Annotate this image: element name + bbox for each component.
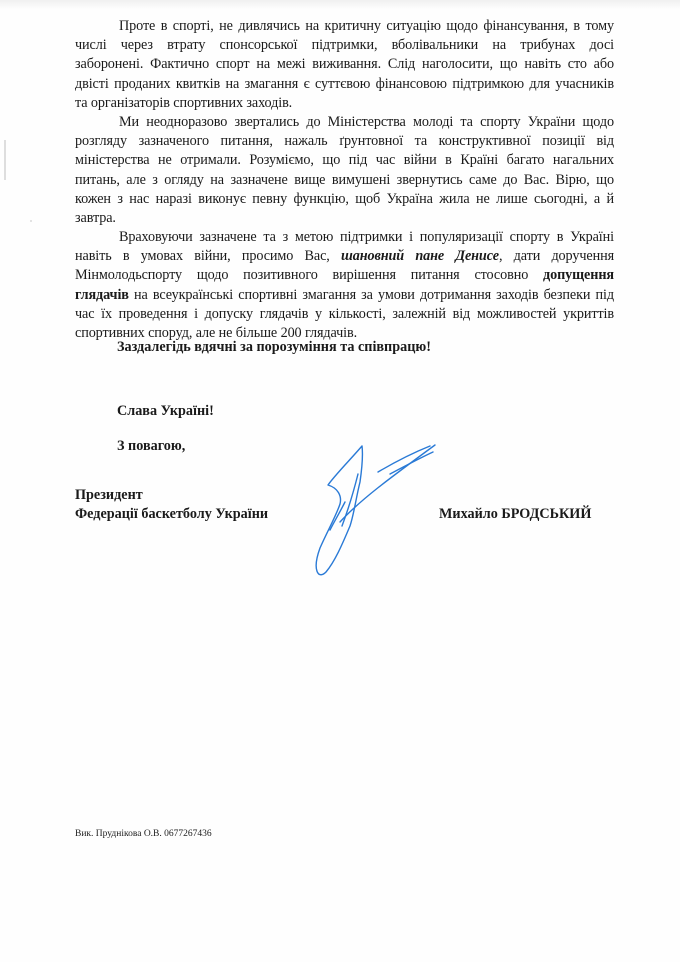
- text-run: навіть в умовах війни, просимо Вас,: [75, 248, 330, 264]
- text-line: глядачів на всеукраїнські спортивні змаг…: [75, 286, 614, 305]
- bold-term: допущення: [543, 267, 614, 283]
- closing-slogan: Слава Україні!: [117, 403, 214, 420]
- text-line: Проте в спорті, не дивлячись на критичну…: [75, 17, 614, 36]
- text-line: розгляду зазначеного питання, нажаль ґру…: [75, 132, 614, 151]
- text-line: питань, але з огляду на зазначене вище в…: [75, 171, 614, 190]
- executor-note: Вик. Пруднікова О.В. 0677267436: [75, 829, 212, 839]
- text-line: час їх проведення і допуску глядачів у к…: [75, 305, 614, 324]
- addressee-emphasis: шановний пане Денисе: [341, 248, 499, 264]
- text-line: навіть в умовах війни, просимо Вас, шано…: [75, 247, 614, 266]
- bold-term: глядачів: [75, 287, 129, 303]
- text-line: завтра.: [75, 209, 614, 228]
- paragraph-ministry-appeals: Ми неодноразово звертались до Міністерст…: [75, 113, 614, 228]
- text-line: числі через втрату спонсорської підтримк…: [75, 36, 614, 55]
- signatory-title: Президент: [75, 487, 143, 504]
- regards-line: З повагою,: [117, 438, 185, 455]
- paragraph-request: Враховуючи зазначене та з метою підтримк…: [75, 228, 614, 343]
- text-line: заборонені. Фактично спорт на межі вижив…: [75, 55, 614, 74]
- text-line: міністерства не отримали. Розуміємо, що …: [75, 151, 614, 170]
- document-page: Проте в спорті, не дивлячись на критичну…: [0, 0, 680, 962]
- text-run: , дати доручення: [499, 248, 614, 264]
- text-line: двісті проданих квитків на змагання є су…: [75, 75, 614, 94]
- text-run: Мінмолодьспорту щодо позитивного вирішен…: [75, 267, 528, 283]
- text-line: Ми неодноразово звертались до Міністерст…: [75, 113, 614, 132]
- text-line: Враховуючи зазначене та з метою підтримк…: [75, 228, 614, 247]
- paragraph-sports-financing: Проте в спорті, не дивлячись на критичну…: [75, 17, 614, 113]
- text-line: Мінмолодьспорту щодо позитивного вирішен…: [75, 266, 614, 285]
- scan-artifact: [4, 140, 6, 180]
- thanks-line: Заздалегідь вдячні за порозуміння та спі…: [117, 339, 431, 356]
- text-line: кожен з нас наразі виконує певну функцію…: [75, 190, 614, 209]
- signature-icon: [300, 430, 450, 580]
- text-run: на всеукраїнські спортивні змагання за у…: [129, 287, 614, 303]
- scan-artifact: [30, 220, 32, 222]
- signatory-organization: Федерації баскетболу України: [75, 506, 268, 523]
- scan-top-shade: [0, 0, 680, 10]
- text-line: та організаторів спортивних заходів.: [75, 94, 614, 113]
- signatory-name: Михайло БРОДСЬКИЙ: [439, 506, 591, 523]
